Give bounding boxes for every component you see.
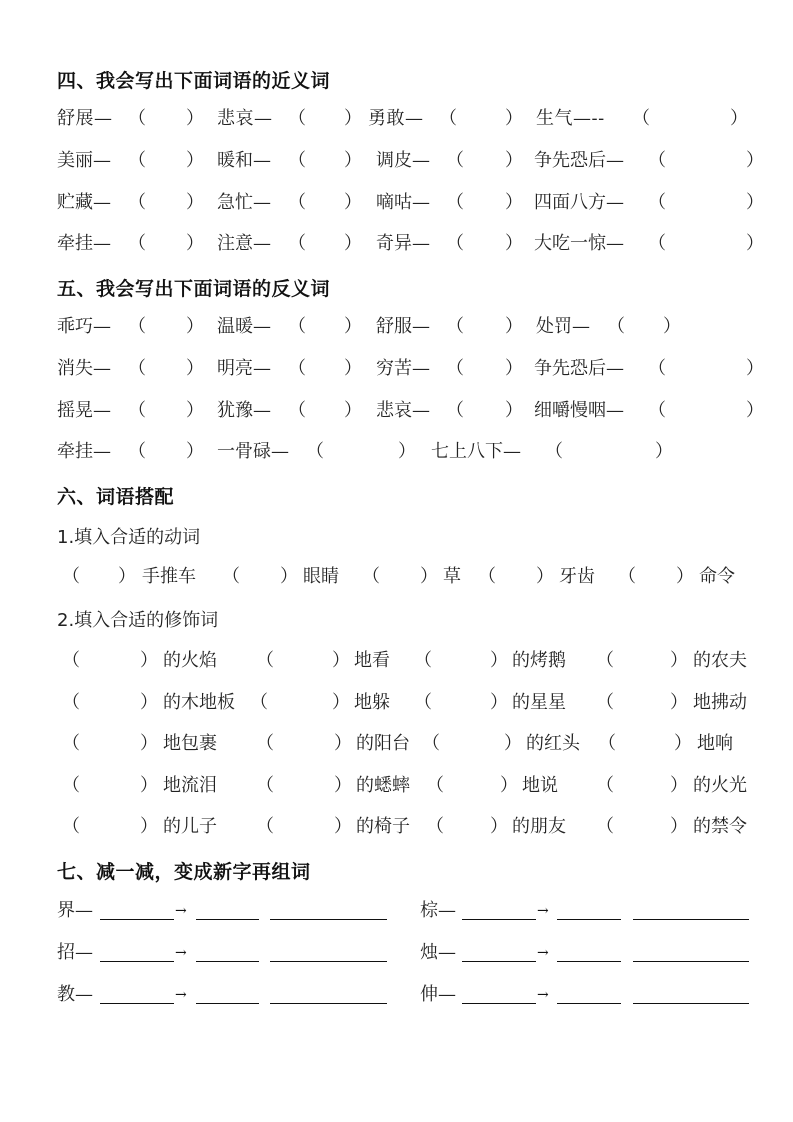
new-char-blank[interactable] — [196, 961, 259, 962]
open-paren: （ — [446, 148, 464, 174]
close-paren: ） — [344, 356, 362, 382]
synonym-item: 勇敢— — [368, 106, 424, 132]
open-paren: （ — [288, 314, 306, 340]
modified-word: 的蟋蟀 — [356, 773, 410, 799]
close-paren: ） — [186, 190, 204, 216]
antonym-item: 细嚼慢咽— — [534, 398, 624, 424]
close-paren: ） — [505, 231, 523, 257]
close-paren: ） — [505, 398, 523, 424]
modified-word: 的火焰 — [163, 648, 217, 674]
close-paren: ） — [674, 731, 692, 757]
section-5-title: 五、我会写出下面词语的反义词 — [57, 274, 330, 301]
open-paren: （ — [426, 814, 444, 840]
open-paren: （ — [648, 231, 666, 257]
synonym-row-4: 牵挂— （ ） 注意— （ ） 奇异— （ ） 大吃一惊— （ ） — [0, 231, 793, 257]
close-paren: ） — [140, 731, 158, 757]
open-paren: （ — [288, 356, 306, 382]
synonym-item: 大吃一惊— — [534, 231, 624, 257]
close-paren: ） — [500, 773, 518, 799]
antonym-item: 温暖— — [217, 314, 271, 340]
close-paren: ） — [344, 190, 362, 216]
part-1-title: 1.填入合适的动词 — [57, 523, 200, 549]
verb-object: 命令 — [699, 564, 735, 590]
synonym-item: 奇异— — [376, 231, 430, 257]
new-char-blank[interactable] — [557, 919, 621, 920]
open-paren: （ — [256, 648, 274, 674]
close-paren: ） — [118, 564, 136, 590]
open-paren: （ — [62, 648, 80, 674]
open-paren: （ — [648, 398, 666, 424]
open-paren: （ — [250, 690, 268, 716]
close-paren: ） — [334, 814, 352, 840]
open-paren: （ — [648, 148, 666, 174]
synonym-item: 美丽— — [57, 148, 111, 174]
close-paren: ） — [505, 106, 523, 132]
modified-word: 地包裹 — [163, 731, 217, 757]
close-paren: ） — [490, 814, 508, 840]
close-paren: ） — [490, 648, 508, 674]
synonym-row-3: 贮藏— （ ） 急忙— （ ） 嘀咕— （ ） 四面八方— （ ） — [0, 190, 793, 216]
word-blank[interactable] — [633, 961, 749, 962]
close-paren: ） — [332, 690, 350, 716]
open-paren: （ — [288, 398, 306, 424]
answer-blank[interactable] — [100, 919, 174, 920]
close-paren: ） — [490, 690, 508, 716]
close-paren: ） — [186, 398, 204, 424]
open-paren: （ — [446, 356, 464, 382]
verb-object: 牙齿 — [559, 564, 595, 590]
close-paren: ） — [504, 731, 522, 757]
close-paren: ） — [398, 439, 416, 465]
open-paren: （ — [446, 190, 464, 216]
open-paren: （ — [222, 564, 240, 590]
new-char-blank[interactable] — [557, 1003, 621, 1004]
word-blank[interactable] — [270, 1003, 387, 1004]
open-paren: （ — [128, 356, 146, 382]
arrow-icon: → — [537, 982, 549, 1008]
answer-blank[interactable] — [462, 1003, 536, 1004]
close-paren: ） — [746, 231, 764, 257]
open-paren: （ — [62, 690, 80, 716]
verb-row: （ ） 手推车 （ ） 眼睛 （ ） 草 （ ） 牙齿 （ ） 命令 — [0, 564, 793, 590]
open-paren: （ — [128, 190, 146, 216]
open-paren: （ — [256, 814, 274, 840]
synonym-item: 牵挂— — [57, 231, 111, 257]
open-paren: （ — [446, 314, 464, 340]
close-paren: ） — [420, 564, 438, 590]
close-paren: ） — [730, 106, 748, 132]
close-paren: ） — [344, 148, 362, 174]
source-char: 招— — [57, 940, 93, 966]
close-paren: ） — [186, 231, 204, 257]
synonym-row-1: 舒展— （ ） 悲哀— （ ） 勇敢— （ ） 生气—-- （ ） — [0, 106, 793, 132]
close-paren: ） — [140, 814, 158, 840]
antonym-item: 牵挂— — [57, 439, 111, 465]
open-paren: （ — [596, 773, 614, 799]
close-paren: ） — [140, 690, 158, 716]
close-paren: ） — [344, 231, 362, 257]
antonym-item: 处罚— — [536, 314, 590, 340]
modifier-row-2: （ ） 的木地板 （ ） 地躲 （ ） 的星星 （ ） 地拂动 — [0, 690, 793, 716]
open-paren: （ — [426, 773, 444, 799]
antonym-item: 争先恐后— — [534, 356, 624, 382]
open-paren: （ — [128, 148, 146, 174]
synonym-item: 贮藏— — [57, 190, 111, 216]
new-char-blank[interactable] — [557, 961, 621, 962]
open-paren: （ — [478, 564, 496, 590]
open-paren: （ — [446, 398, 464, 424]
close-paren: ） — [655, 439, 673, 465]
synonym-item: 暖和— — [217, 148, 271, 174]
arrow-icon: → — [537, 940, 549, 966]
arrow-icon: → — [175, 940, 187, 966]
open-paren: （ — [596, 690, 614, 716]
section-4-title: 四、我会写出下面词语的近义词 — [57, 66, 330, 93]
modified-word: 的朋友 — [512, 814, 566, 840]
close-paren: ） — [344, 106, 362, 132]
antonym-item: 舒服— — [376, 314, 430, 340]
open-paren: （ — [632, 106, 650, 132]
worksheet-page: 四、我会写出下面词语的近义词 舒展— （ ） 悲哀— （ ） 勇敢— （ ） 生… — [0, 0, 793, 1122]
modified-word: 的阳台 — [356, 731, 410, 757]
close-paren: ） — [505, 314, 523, 340]
modified-word: 地躲 — [354, 690, 390, 716]
open-paren: （ — [414, 648, 432, 674]
open-paren: （ — [607, 314, 625, 340]
arrow-icon: → — [537, 898, 549, 924]
open-paren: （ — [618, 564, 636, 590]
antonym-item: 明亮— — [217, 356, 271, 382]
answer-blank[interactable] — [100, 1003, 174, 1004]
open-paren: （ — [362, 564, 380, 590]
modified-word: 的星星 — [512, 690, 566, 716]
verb-object: 眼睛 — [303, 564, 339, 590]
source-char: 烛— — [420, 940, 456, 966]
modifier-row-5: （ ） 的儿子 （ ） 的椅子 （ ） 的朋友 （ ） 的禁令 — [0, 814, 793, 840]
source-char: 棕— — [420, 898, 456, 924]
close-paren: ） — [140, 648, 158, 674]
open-paren: （ — [288, 148, 306, 174]
synonym-item: 四面八方— — [534, 190, 624, 216]
open-paren: （ — [596, 814, 614, 840]
open-paren: （ — [256, 731, 274, 757]
open-paren: （ — [648, 356, 666, 382]
answer-blank[interactable] — [462, 919, 536, 920]
modifier-row-1: （ ） 的火焰 （ ） 地看 （ ） 的烤鹅 （ ） 的农夫 — [0, 648, 793, 674]
new-char-blank[interactable] — [196, 919, 259, 920]
modifier-row-4: （ ） 地流泪 （ ） 的蟋蟀 （ ） 地说 （ ） 的火光 — [0, 773, 793, 799]
close-paren: ） — [663, 314, 681, 340]
close-paren: ） — [746, 190, 764, 216]
open-paren: （ — [648, 190, 666, 216]
open-paren: （ — [414, 690, 432, 716]
synonym-item: 悲哀— — [217, 106, 273, 132]
open-paren: （ — [545, 439, 563, 465]
modifier-row-3: （ ） 地包裹 （ ） 的阳台 （ ） 的红头 （ ） 地响 — [0, 731, 793, 757]
modified-word: 的禁令 — [693, 814, 747, 840]
close-paren: ） — [332, 648, 350, 674]
modified-word: 的椅子 — [356, 814, 410, 840]
synonym-item: 注意— — [217, 231, 271, 257]
antonym-item: 一骨碌— — [217, 439, 289, 465]
close-paren: ） — [670, 814, 688, 840]
close-paren: ） — [334, 773, 352, 799]
modified-word: 的红头 — [526, 731, 580, 757]
close-paren: ） — [344, 398, 362, 424]
close-paren: ） — [186, 356, 204, 382]
word-blank[interactable] — [270, 961, 387, 962]
arrow-icon: → — [175, 982, 187, 1008]
modified-word: 地响 — [697, 731, 733, 757]
open-paren: （ — [422, 731, 440, 757]
antonym-row-4: 牵挂— （ ） 一骨碌— （ ） 七上八下— （ ） — [0, 439, 793, 465]
synonym-item: 调皮— — [376, 148, 430, 174]
close-paren: ） — [280, 564, 298, 590]
close-paren: ） — [186, 314, 204, 340]
close-paren: ） — [186, 148, 204, 174]
close-paren: ） — [505, 356, 523, 382]
antonym-item: 七上八下— — [431, 439, 521, 465]
close-paren: ） — [676, 564, 694, 590]
modified-word: 的农夫 — [693, 648, 747, 674]
close-paren: ） — [746, 148, 764, 174]
close-paren: ） — [344, 314, 362, 340]
word-blank[interactable] — [270, 919, 387, 920]
close-paren: ） — [746, 356, 764, 382]
modified-word: 地流泪 — [163, 773, 217, 799]
antonym-item: 悲哀— — [376, 398, 430, 424]
modified-word: 地看 — [354, 648, 390, 674]
open-paren: （ — [62, 814, 80, 840]
open-paren: （ — [596, 648, 614, 674]
close-paren: ） — [746, 398, 764, 424]
close-paren: ） — [536, 564, 554, 590]
open-paren: （ — [62, 564, 80, 590]
close-paren: ） — [186, 106, 204, 132]
antonym-row-2: 消失— （ ） 明亮— （ ） 穷苦— （ ） 争先恐后— （ ） — [0, 356, 793, 382]
synonym-item: 舒展— — [57, 106, 113, 132]
open-paren: （ — [128, 106, 146, 132]
new-char-blank[interactable] — [196, 1003, 259, 1004]
close-paren: ） — [505, 148, 523, 174]
antonym-item: 消失— — [57, 356, 111, 382]
open-paren: （ — [128, 398, 146, 424]
source-char: 界— — [57, 898, 93, 924]
open-paren: （ — [306, 439, 324, 465]
close-paren: ） — [670, 648, 688, 674]
subtract-row-3: 教— → 伸— → — [0, 982, 793, 1008]
modified-word: 的儿子 — [163, 814, 217, 840]
close-paren: ） — [670, 773, 688, 799]
modified-word: 地拂动 — [693, 690, 747, 716]
modified-word: 的火光 — [693, 773, 747, 799]
open-paren: （ — [446, 231, 464, 257]
open-paren: （ — [128, 439, 146, 465]
close-paren: ） — [334, 731, 352, 757]
open-paren: （ — [62, 731, 80, 757]
verb-object: 草 — [443, 564, 461, 590]
synonym-row-2: 美丽— （ ） 暖和— （ ） 调皮— （ ） 争先恐后— （ ） — [0, 148, 793, 174]
word-blank[interactable] — [633, 1003, 749, 1004]
answer-blank[interactable] — [462, 961, 536, 962]
section-6-title: 六、词语搭配 — [57, 482, 174, 509]
open-paren: （ — [288, 106, 306, 132]
antonym-item: 摇晃— — [57, 398, 111, 424]
close-paren: ） — [505, 190, 523, 216]
part-2-title: 2.填入合适的修饰词 — [57, 606, 218, 632]
close-paren: ） — [670, 690, 688, 716]
word-blank[interactable] — [633, 919, 749, 920]
section-7-title: 七、减一减，变成新字再组词 — [57, 857, 311, 884]
open-paren: （ — [288, 190, 306, 216]
source-char: 教— — [57, 982, 93, 1008]
antonym-item: 犹豫— — [217, 398, 271, 424]
modified-word: 的木地板 — [163, 690, 235, 716]
subtract-row-2: 招— → 烛— → — [0, 940, 793, 966]
subtract-row-1: 界— → 棕— → — [0, 898, 793, 924]
open-paren: （ — [439, 106, 457, 132]
answer-blank[interactable] — [100, 961, 174, 962]
synonym-item: 嘀咕— — [376, 190, 430, 216]
open-paren: （ — [288, 231, 306, 257]
open-paren: （ — [128, 314, 146, 340]
close-paren: ） — [186, 439, 204, 465]
open-paren: （ — [128, 231, 146, 257]
antonym-row-1: 乖巧— （ ） 温暖— （ ） 舒服— （ ） 处罚— （ ） — [0, 314, 793, 340]
verb-object: 手推车 — [142, 564, 196, 590]
modified-word: 的烤鹅 — [512, 648, 566, 674]
modified-word: 地说 — [522, 773, 558, 799]
synonym-item: 争先恐后— — [534, 148, 624, 174]
close-paren: ） — [140, 773, 158, 799]
source-char: 伸— — [420, 982, 456, 1008]
antonym-item: 穷苦— — [376, 356, 430, 382]
arrow-icon: → — [175, 898, 187, 924]
synonym-item: 急忙— — [217, 190, 271, 216]
open-paren: （ — [256, 773, 274, 799]
antonym-item: 乖巧— — [57, 314, 111, 340]
open-paren: （ — [62, 773, 80, 799]
synonym-item: 生气—-- — [536, 106, 605, 132]
open-paren: （ — [598, 731, 616, 757]
antonym-row-3: 摇晃— （ ） 犹豫— （ ） 悲哀— （ ） 细嚼慢咽— （ ） — [0, 398, 793, 424]
